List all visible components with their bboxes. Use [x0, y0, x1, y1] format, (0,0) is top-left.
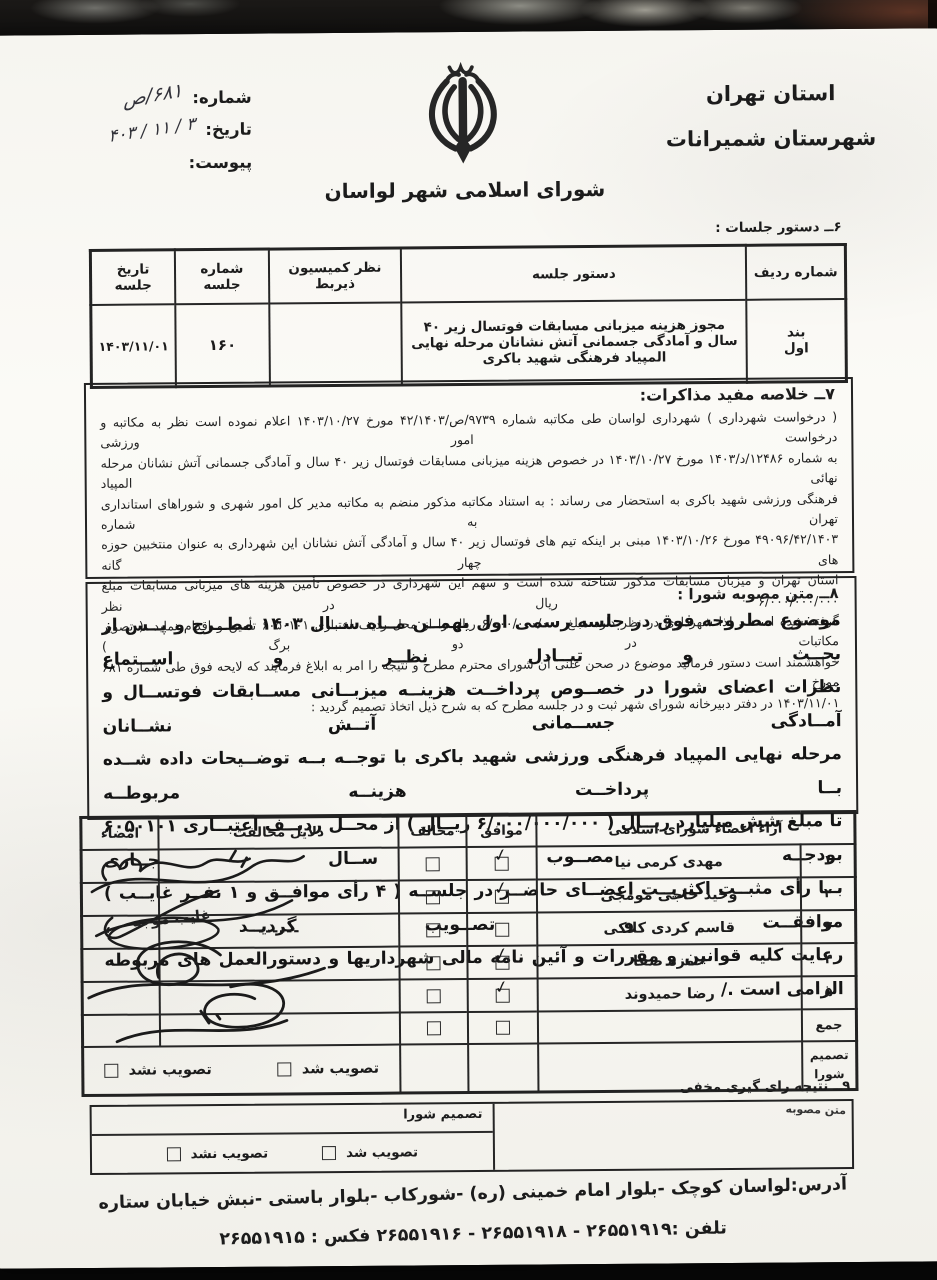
date-handwritten-value: ۳ / ۱۱ / ۴۰۳: [107, 114, 195, 147]
agree-checkbox: ✓: [495, 889, 509, 903]
agenda-subject: مجوز هزینه میزبانی مسابقات فوتسال زیر ۴۰…: [401, 300, 747, 385]
agenda-header-row: شماره ردیف دستور جلسه نظر کمیسیون ذیربط …: [90, 245, 845, 305]
secret-vote-table: متن مصوبه تصمیم شورا تصویب شد تصویب نشد: [90, 1099, 855, 1175]
secret-decision-cell: تصمیم شورا تصویب شد تصویب نشد: [92, 1104, 493, 1173]
decision-agree-cell: [468, 1043, 538, 1092]
check-mark: ✓: [492, 846, 510, 866]
oppose-cell: [399, 946, 467, 980]
member-no: ۴: [801, 943, 856, 976]
secret-vote-heading: ۹ــ نتیجه رای گیری مخفی: [680, 1078, 851, 1095]
agree-checkbox: ✓: [495, 856, 509, 870]
member-no: ۵: [802, 976, 857, 1009]
agree-checkbox: [495, 922, 509, 936]
reasons-cell: [159, 947, 399, 982]
footer-address: آدرس:لواسان کوچک -بلوار امام خمینی (ره) …: [0, 1172, 937, 1216]
agenda-heading: ۶ــ دستور جلسات :: [715, 219, 842, 236]
not-approved-checkbox: [104, 1064, 118, 1078]
reasons-cell: [159, 848, 399, 883]
reasons-cell: [160, 980, 400, 1015]
agree-cell: ✓: [468, 978, 538, 1012]
col-row-no: شماره ردیف: [746, 245, 846, 300]
approved-checkbox: [278, 1062, 292, 1076]
oppose-checkbox: [426, 857, 440, 871]
total-label: جمع: [802, 1009, 857, 1041]
member-name: قاسم کردی کلاکی: [537, 910, 801, 945]
secret-decision-label: تصمیم شورا: [92, 1104, 493, 1136]
approved-label: تصویب شد: [302, 1061, 379, 1078]
number-label: شماره:: [192, 88, 251, 107]
col-commission: نظر کمیسیون ذیربط: [268, 248, 401, 304]
member-name: مهدی کرمی نیا: [537, 844, 801, 879]
agree-checkbox: ✓: [496, 988, 510, 1002]
footer-phone-fax: تلفن :۲۶۵۵۱۹۱۹ - ۲۶۵۵۱۹۱۸ - ۲۶۵۵۱۹۱۶ فکس…: [0, 1214, 937, 1255]
agenda-table: شماره ردیف دستور جلسه نظر کمیسیون ذیربط …: [89, 243, 848, 389]
col-signature: امضاء: [81, 817, 159, 850]
member-name: رضا حمیدوند: [538, 976, 802, 1011]
scanned-paper: استان تهران شهرستان شمیرانات شورای اسلام…: [0, 28, 937, 1268]
voting-table: آراء اعضاء شورای اسلامی موافق مخالف دلای…: [79, 810, 858, 1097]
resolution-box: ۸ــ متن مصوبه شورا : موضوع مطروحه فوق در…: [85, 576, 858, 820]
oppose-checkbox: [426, 956, 440, 970]
total-reasons-cell: [160, 1013, 400, 1047]
resolution-line: نظرات اعضای شورا در خصــوص پرداخــت هزین…: [102, 671, 842, 744]
secret-not-approved-checkbox: [167, 1147, 181, 1161]
negotiations-line: ( درخواست شهرداری ) شهرداری لواسان طی مک…: [100, 407, 837, 454]
date-label: تاریخ:: [205, 120, 252, 139]
total-signature-cell: [82, 1014, 160, 1047]
col-session-no: شماره جلسه: [175, 249, 269, 304]
check-mark: ✓: [493, 978, 511, 998]
oppose-checkbox: [427, 989, 441, 1003]
member-no: ۱: [801, 844, 856, 877]
oppose-cell: [399, 847, 467, 881]
voting-table-region: آراء اعضاء شورای اسلامی موافق مخالف دلای…: [79, 810, 858, 1097]
agree-cell: ✓: [467, 846, 537, 880]
check-mark: ✓: [492, 879, 510, 899]
total-name-cell: [538, 1009, 802, 1043]
col-oppose: مخالف: [398, 815, 466, 848]
document-photo: { "letterhead": { "province": "استان تهر…: [0, 0, 937, 1280]
agree-checkbox: [496, 1021, 510, 1035]
col-oppose-reasons: دلایل مخالفت: [158, 815, 398, 849]
secret-not-approved-label: تصویب نشد: [191, 1145, 269, 1162]
col-members: آراء اعضاء شورای اسلامی: [536, 811, 855, 846]
secret-approved-label: تصویب شد: [346, 1144, 418, 1161]
member-no: ۳: [801, 910, 856, 943]
signature-cell: [81, 849, 159, 883]
negotiations-line: به شماره ۱۲۴۸۶/د/۱۴۰۳ مورخ ۱۴۰۳/۱۰/۲۷ در…: [100, 448, 837, 495]
decision-oppose-cell: [400, 1044, 468, 1093]
agenda-data-row: بند اول مجوز هزینه میزبانی مسابقات فوتسا…: [91, 299, 847, 387]
check-mark: ✓: [493, 945, 511, 965]
oppose-checkbox: [426, 890, 440, 904]
agenda-row-no: بند اول: [747, 299, 847, 382]
number-handwritten-value: ۶۸۱/ص: [122, 80, 183, 112]
agree-checkbox: ✓: [495, 955, 509, 969]
secret-approved-checkbox: [322, 1146, 336, 1160]
secret-resolution-text-cell: متن مصوبه: [492, 1101, 852, 1170]
total-oppose-cell: [400, 1012, 468, 1045]
col-subject: دستور جلسه: [401, 245, 747, 302]
oppose-cell: [399, 880, 467, 914]
member-name: حمزه صفا: [537, 943, 801, 978]
decision-choice-cell: تصویب شد تصویب نشد: [83, 1045, 401, 1096]
letterhead-region: استان تهران شهرستان شمیرانات: [644, 71, 897, 163]
col-session-date: تاریخ جلسه: [90, 250, 175, 305]
signature-cell: [82, 981, 160, 1015]
oppose-cell: [399, 913, 467, 947]
resolution-line: مرحله نهایی المپیاد فرهنگی ورزشی شهید با…: [103, 738, 843, 811]
county-title: شهرستان شمیرانات: [645, 116, 897, 163]
iran-emblem-icon: [414, 56, 511, 171]
agenda-session-no: ۱۶۰: [175, 304, 269, 387]
not-approved-label: تصویب نشد: [128, 1062, 211, 1079]
letter-meta: شماره: ۶۸۱/ص تاریخ: ۳ / ۱۱ / ۴۰۳ پیوست:: [14, 88, 253, 187]
secret-resolution-text-label: متن مصوبه: [785, 1102, 846, 1117]
agenda-commission: [269, 303, 402, 387]
total-agree-cell: [468, 1011, 538, 1044]
attachment-label: پیوست:: [189, 153, 253, 172]
signature-cell: [81, 882, 159, 916]
resolution-line: موضوع مطروحه فوق در جلسه رسمی اول بهمــن…: [102, 604, 842, 677]
col-agree: موافق: [466, 814, 536, 847]
oppose-checkbox: [427, 1021, 441, 1035]
province-title: استان تهران: [644, 71, 896, 118]
oppose-checkbox: [426, 923, 440, 937]
member-no: ۲: [801, 877, 856, 910]
agree-cell: ✓: [467, 945, 537, 979]
agenda-session-date: ۱۴۰۳/۱۱/۰۱: [91, 304, 176, 387]
negotiations-line: فرهنگی ورزشی شهید باکری به استحضار می رس…: [101, 489, 838, 536]
agree-cell: [467, 912, 537, 946]
negotiations-line: ۴۹۰۹۶/۴۲/۱۴۰۳ مورخ ۱۴۰۳/۱۰/۲۶ مبنی بر ای…: [101, 530, 838, 577]
emblem-region: [414, 56, 511, 175]
oppose-cell: [400, 979, 468, 1013]
agree-cell: ✓: [467, 879, 537, 913]
negotiations-box: ۷ــ خلاصه مفید مذاکرات: ( درخواست شهردار…: [84, 377, 855, 579]
signature-cell: [82, 948, 160, 982]
member-name: وحید حاجی مومجی: [537, 877, 801, 912]
